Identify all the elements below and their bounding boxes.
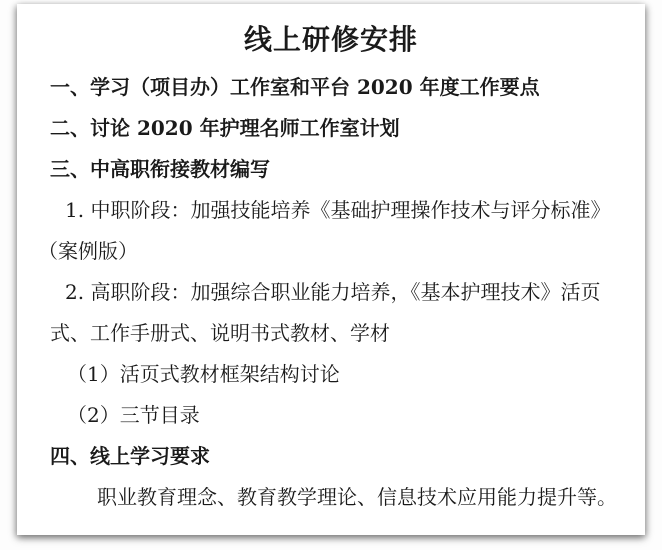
document-body: 一、学习（项目办）工作室和平台 2020 年度工作要点 二、讨论 2020 年护… — [17, 67, 645, 518]
outline-item-4-detail: 职业教育理念、教育教学理论、信息技术应用能力提升等。 — [17, 477, 645, 518]
sub-item-3-2: 2. 高职阶段：加强综合职业能力培养，《基本护理技术》活页 — [17, 272, 645, 313]
sub-item-3-2-continued: 式、工作手册式、说明书式教材、学材 — [17, 313, 645, 354]
sub-item-3-2-point-1: （1）活页式教材框架结构讨论 — [17, 354, 645, 395]
document-canvas: 线上研修安排 一、学习（项目办）工作室和平台 2020 年度工作要点 二、讨论 … — [0, 0, 662, 550]
outline-item-4: 四、线上学习要求 — [17, 436, 645, 477]
outline-item-1: 一、学习（项目办）工作室和平台 2020 年度工作要点 — [17, 67, 645, 108]
sub-item-3-2-point-2: （2）三节目录 — [17, 395, 645, 436]
document-page: 线上研修安排 一、学习（项目办）工作室和平台 2020 年度工作要点 二、讨论 … — [17, 4, 645, 535]
sub-item-3-1: 1. 中职阶段：加强技能培养《基础护理操作技术与评分标准》 — [17, 190, 645, 231]
outline-item-2: 二、讨论 2020 年护理名师工作室计划 — [17, 108, 645, 149]
sub-item-3-1-continued: （案例版） — [17, 231, 645, 272]
outline-item-3: 三、中高职衔接教材编写 — [17, 149, 645, 190]
document-title: 线上研修安排 — [17, 4, 645, 60]
